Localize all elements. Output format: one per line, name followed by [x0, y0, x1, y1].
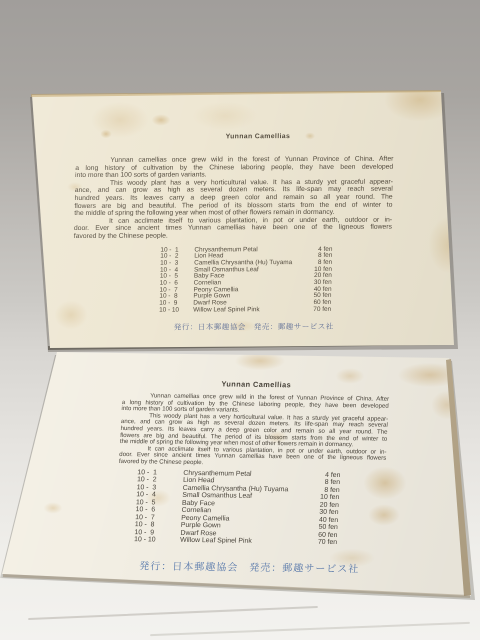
- stamp-name: Chrysanthemum Petal: [183, 469, 310, 478]
- text-line: into more than 100 sorts of garden varia…: [75, 171, 393, 180]
- stamp-number: 10 - 7: [159, 287, 193, 294]
- stamp-value: 20 fen: [302, 273, 332, 280]
- stamp-row: 10 - 4 Small Osmanthus Leaf 10 fen: [160, 267, 332, 274]
- text-line: ance, and can grow as high as several do…: [121, 419, 388, 429]
- stamp-row: 10 - 9 Dwarf Rose 60 fen: [134, 529, 337, 539]
- publisher-line: 発行：日本郵趣協会 発売：郵趣サービス社: [113, 559, 381, 576]
- stamp-row: 10 - 8 Purple Gown 50 fen: [159, 293, 331, 300]
- stamp-value: 30 fen: [308, 509, 338, 517]
- stamp-number: 10 - 6: [160, 281, 194, 288]
- card-title: Yunnan Camellias: [76, 132, 394, 143]
- publisher-line: 発行：日本郵趣協会 発売：郵趣サービス社: [72, 321, 390, 331]
- stamp-name: Camellia Chrysantha (Hu) Tuyama: [182, 484, 309, 493]
- stamp-number: 10 - 3: [160, 260, 194, 267]
- stamp-row: 10 - 1 Chrysanthemum Petal 4 fen: [160, 246, 332, 253]
- stamp-row: 10 - 3 Camellia Chrysantha (Hu) Tuyama 8…: [136, 484, 339, 494]
- stamp-list: 10 - 1 Chrysanthemum Petal 4 fen 10 - 2 …: [134, 469, 341, 547]
- text-line: a long history of cultivation by the Chi…: [75, 163, 393, 172]
- text-line: favored by the Chinese people.: [119, 459, 386, 469]
- stamp-number: 10 - 5: [136, 499, 182, 507]
- text-line: favored by the Chinese people.: [74, 232, 392, 241]
- stamp-number: 10 - 5: [160, 274, 194, 281]
- stamp-number: 10 - 2: [137, 476, 183, 484]
- stamp-number: 10 - 3: [136, 484, 182, 492]
- usage-paragraph: It can acclimate itself to various plant…: [119, 446, 387, 469]
- stamp-name: Willow Leaf Spinel Pink: [180, 537, 307, 546]
- text-line: Yunnan camellias once grew wild in the f…: [75, 156, 393, 165]
- text-line: into more than 100 sorts of garden varia…: [121, 406, 388, 416]
- stamp-name: Dwarf Rose: [180, 529, 307, 538]
- stamp-name: Small Osmanthus Leaf: [194, 267, 302, 274]
- stamp-row: 10 - 10 Willow Leaf Spinel Pink 70 fen: [134, 536, 337, 546]
- stamp-name: Baby Face: [194, 273, 302, 280]
- text-line: the middle of spring the following year …: [120, 439, 387, 449]
- bottom-card-content: Yunnan Camellias Yunnan camellias once g…: [113, 378, 389, 576]
- stamp-row: 10 - 5 Baby Face 20 fen: [136, 499, 339, 509]
- background-crease-line: [28, 606, 318, 620]
- stamp-name: Peony Camellia: [193, 287, 301, 294]
- stamp-value: 20 fen: [309, 501, 339, 509]
- stamp-number: 10 - 10: [134, 536, 180, 544]
- stamp-row: 10 - 7 Peony Camellia 40 fen: [135, 514, 338, 524]
- text-line: the middle of spring the following year …: [74, 209, 392, 218]
- stamp-number: 10 - 1: [137, 469, 183, 477]
- stamp-value: 8 fen: [309, 486, 339, 494]
- stamp-row: 10 - 10 Willow Leaf Spinel Pink 70 fen: [159, 307, 331, 314]
- description-paragraph: This woody plant has a very horticultura…: [120, 413, 389, 450]
- stamp-value: 10 fen: [302, 267, 332, 274]
- stamp-row: 10 - 8 Purple Gown 50 fen: [135, 521, 338, 531]
- stamp-number: 10 - 7: [135, 514, 181, 522]
- stamp-number: 10 - 4: [160, 267, 194, 274]
- stamp-row: 10 - 9 Dwarf Rose 60 fen: [159, 300, 331, 307]
- stamp-value: 4 fen: [310, 471, 340, 479]
- stamp-row: 10 - 2 Lion Head 8 fen: [137, 476, 340, 486]
- stamp-number: 10 - 9: [134, 529, 180, 537]
- stamp-row: 10 - 5 Baby Face 20 fen: [160, 273, 332, 280]
- text-line: a long history of cultivation by the Chi…: [122, 400, 389, 410]
- text-line: It can acclimate itself to various plant…: [119, 446, 386, 456]
- text-line: flowers are big and beautiful. The perio…: [120, 433, 387, 443]
- stamp-value: 8 fen: [302, 253, 332, 260]
- background-crease-line: [150, 622, 470, 636]
- text-line: This woody plant has a very horticultura…: [75, 178, 393, 187]
- intro-paragraph: Yunnan camellias once grew wild in the f…: [121, 393, 389, 416]
- card-body-text: Yunnan camellias once grew wild in the f…: [74, 156, 394, 241]
- intro-paragraph: Yunnan camellias once grew wild in the f…: [75, 156, 393, 180]
- stamp-name: Baby Face: [182, 499, 309, 508]
- text-line: flowers are big and beautiful. The perio…: [74, 201, 392, 210]
- stamp-name: Peony Camellia: [181, 514, 308, 523]
- stamp-name: Lion Head: [194, 253, 302, 260]
- stamp-value: 8 fen: [302, 260, 332, 267]
- top-card-content: Yunnan Camellias Yunnan camellias once g…: [72, 132, 394, 332]
- text-line: Yunnan camellias once grew wild in the f…: [122, 393, 389, 403]
- stamp-number: 10 - 6: [135, 506, 181, 514]
- text-line: This woody plant has a very horticultura…: [121, 413, 388, 423]
- stamp-name: Purple Gown: [181, 522, 308, 531]
- stamp-value: 60 fen: [307, 531, 337, 539]
- stamp-value: 10 fen: [309, 494, 339, 502]
- stamp-name: Camellia Chrysantha (Hu) Tuyama: [194, 260, 302, 267]
- stamp-value: 8 fen: [310, 479, 340, 487]
- stamp-name: Cornelian: [181, 507, 308, 516]
- photo-background: Yunnan Camellias Yunnan camellias once g…: [0, 0, 480, 640]
- stamp-name: Purple Gown: [193, 293, 301, 300]
- stamp-value: 70 fen: [301, 307, 331, 314]
- stamp-row: 10 - 4 Small Osmanthus Leaf 10 fen: [136, 491, 339, 501]
- usage-paragraph: It can acclimate itself to various plant…: [74, 216, 392, 240]
- stamp-value: 50 fen: [308, 524, 338, 532]
- text-line: hundred years. Its leaves carry a deep g…: [120, 426, 387, 436]
- stamp-value: 40 fen: [308, 516, 338, 524]
- stamp-number: 10 - 1: [160, 247, 194, 254]
- stamp-name: Small Osmanthus Leaf: [182, 492, 309, 501]
- text-line: It can acclimate itself to various plant…: [74, 216, 392, 225]
- stamp-number: 10 - 8: [135, 521, 181, 529]
- stamp-value: 50 fen: [301, 293, 331, 300]
- stamp-row: 10 - 3 Camellia Chrysantha (Hu) Tuyama 8…: [160, 260, 332, 267]
- card-title: Yunnan Camellias: [123, 378, 390, 392]
- stamp-value: 60 fen: [301, 300, 331, 307]
- stamp-name: Cornelian: [194, 280, 302, 287]
- stamp-list: 10 - 1 Chrysanthemum Petal 4 fen 10 - 2 …: [159, 246, 332, 314]
- text-line: door. Ever since ancient times Yunnan ca…: [119, 452, 386, 462]
- description-paragraph: This woody plant has a very horticultura…: [74, 178, 393, 217]
- stamp-row: 10 - 6 Cornelian 30 fen: [135, 506, 338, 516]
- stamp-number: 10 - 9: [159, 301, 193, 308]
- stamp-name: Willow Leaf Spinel Pink: [193, 307, 301, 314]
- stamp-number: 10 - 8: [159, 294, 193, 301]
- stamp-name: Chrysanthemum Petal: [194, 247, 302, 254]
- stamp-number: 10 - 4: [136, 491, 182, 499]
- text-line: door. Ever since ancient times Yunnan ca…: [74, 224, 392, 233]
- stamp-value: 70 fen: [307, 539, 337, 547]
- stamp-value: 4 fen: [302, 246, 332, 253]
- stamp-number: 10 - 10: [159, 307, 193, 314]
- stamp-value: 30 fen: [302, 280, 332, 287]
- stamp-number: 10 - 2: [160, 254, 194, 261]
- stamp-row: 10 - 2 Lion Head 8 fen: [160, 253, 332, 260]
- card-body-text: Yunnan camellias once grew wild in the f…: [119, 393, 390, 469]
- stamp-row: 10 - 1 Chrysanthemum Petal 4 fen: [137, 469, 340, 479]
- text-line: hundred years. Its leaves carry a deep g…: [74, 194, 392, 203]
- stamp-row: 10 - 6 Cornelian 30 fen: [160, 280, 332, 287]
- stamp-value: 40 fen: [301, 287, 331, 294]
- text-line: ance, and can grow as high as several do…: [75, 186, 393, 195]
- stamp-name: Dwarf Rose: [193, 300, 301, 307]
- stamp-row: 10 - 7 Peony Camellia 40 fen: [159, 287, 331, 294]
- stamp-name: Lion Head: [183, 477, 310, 486]
